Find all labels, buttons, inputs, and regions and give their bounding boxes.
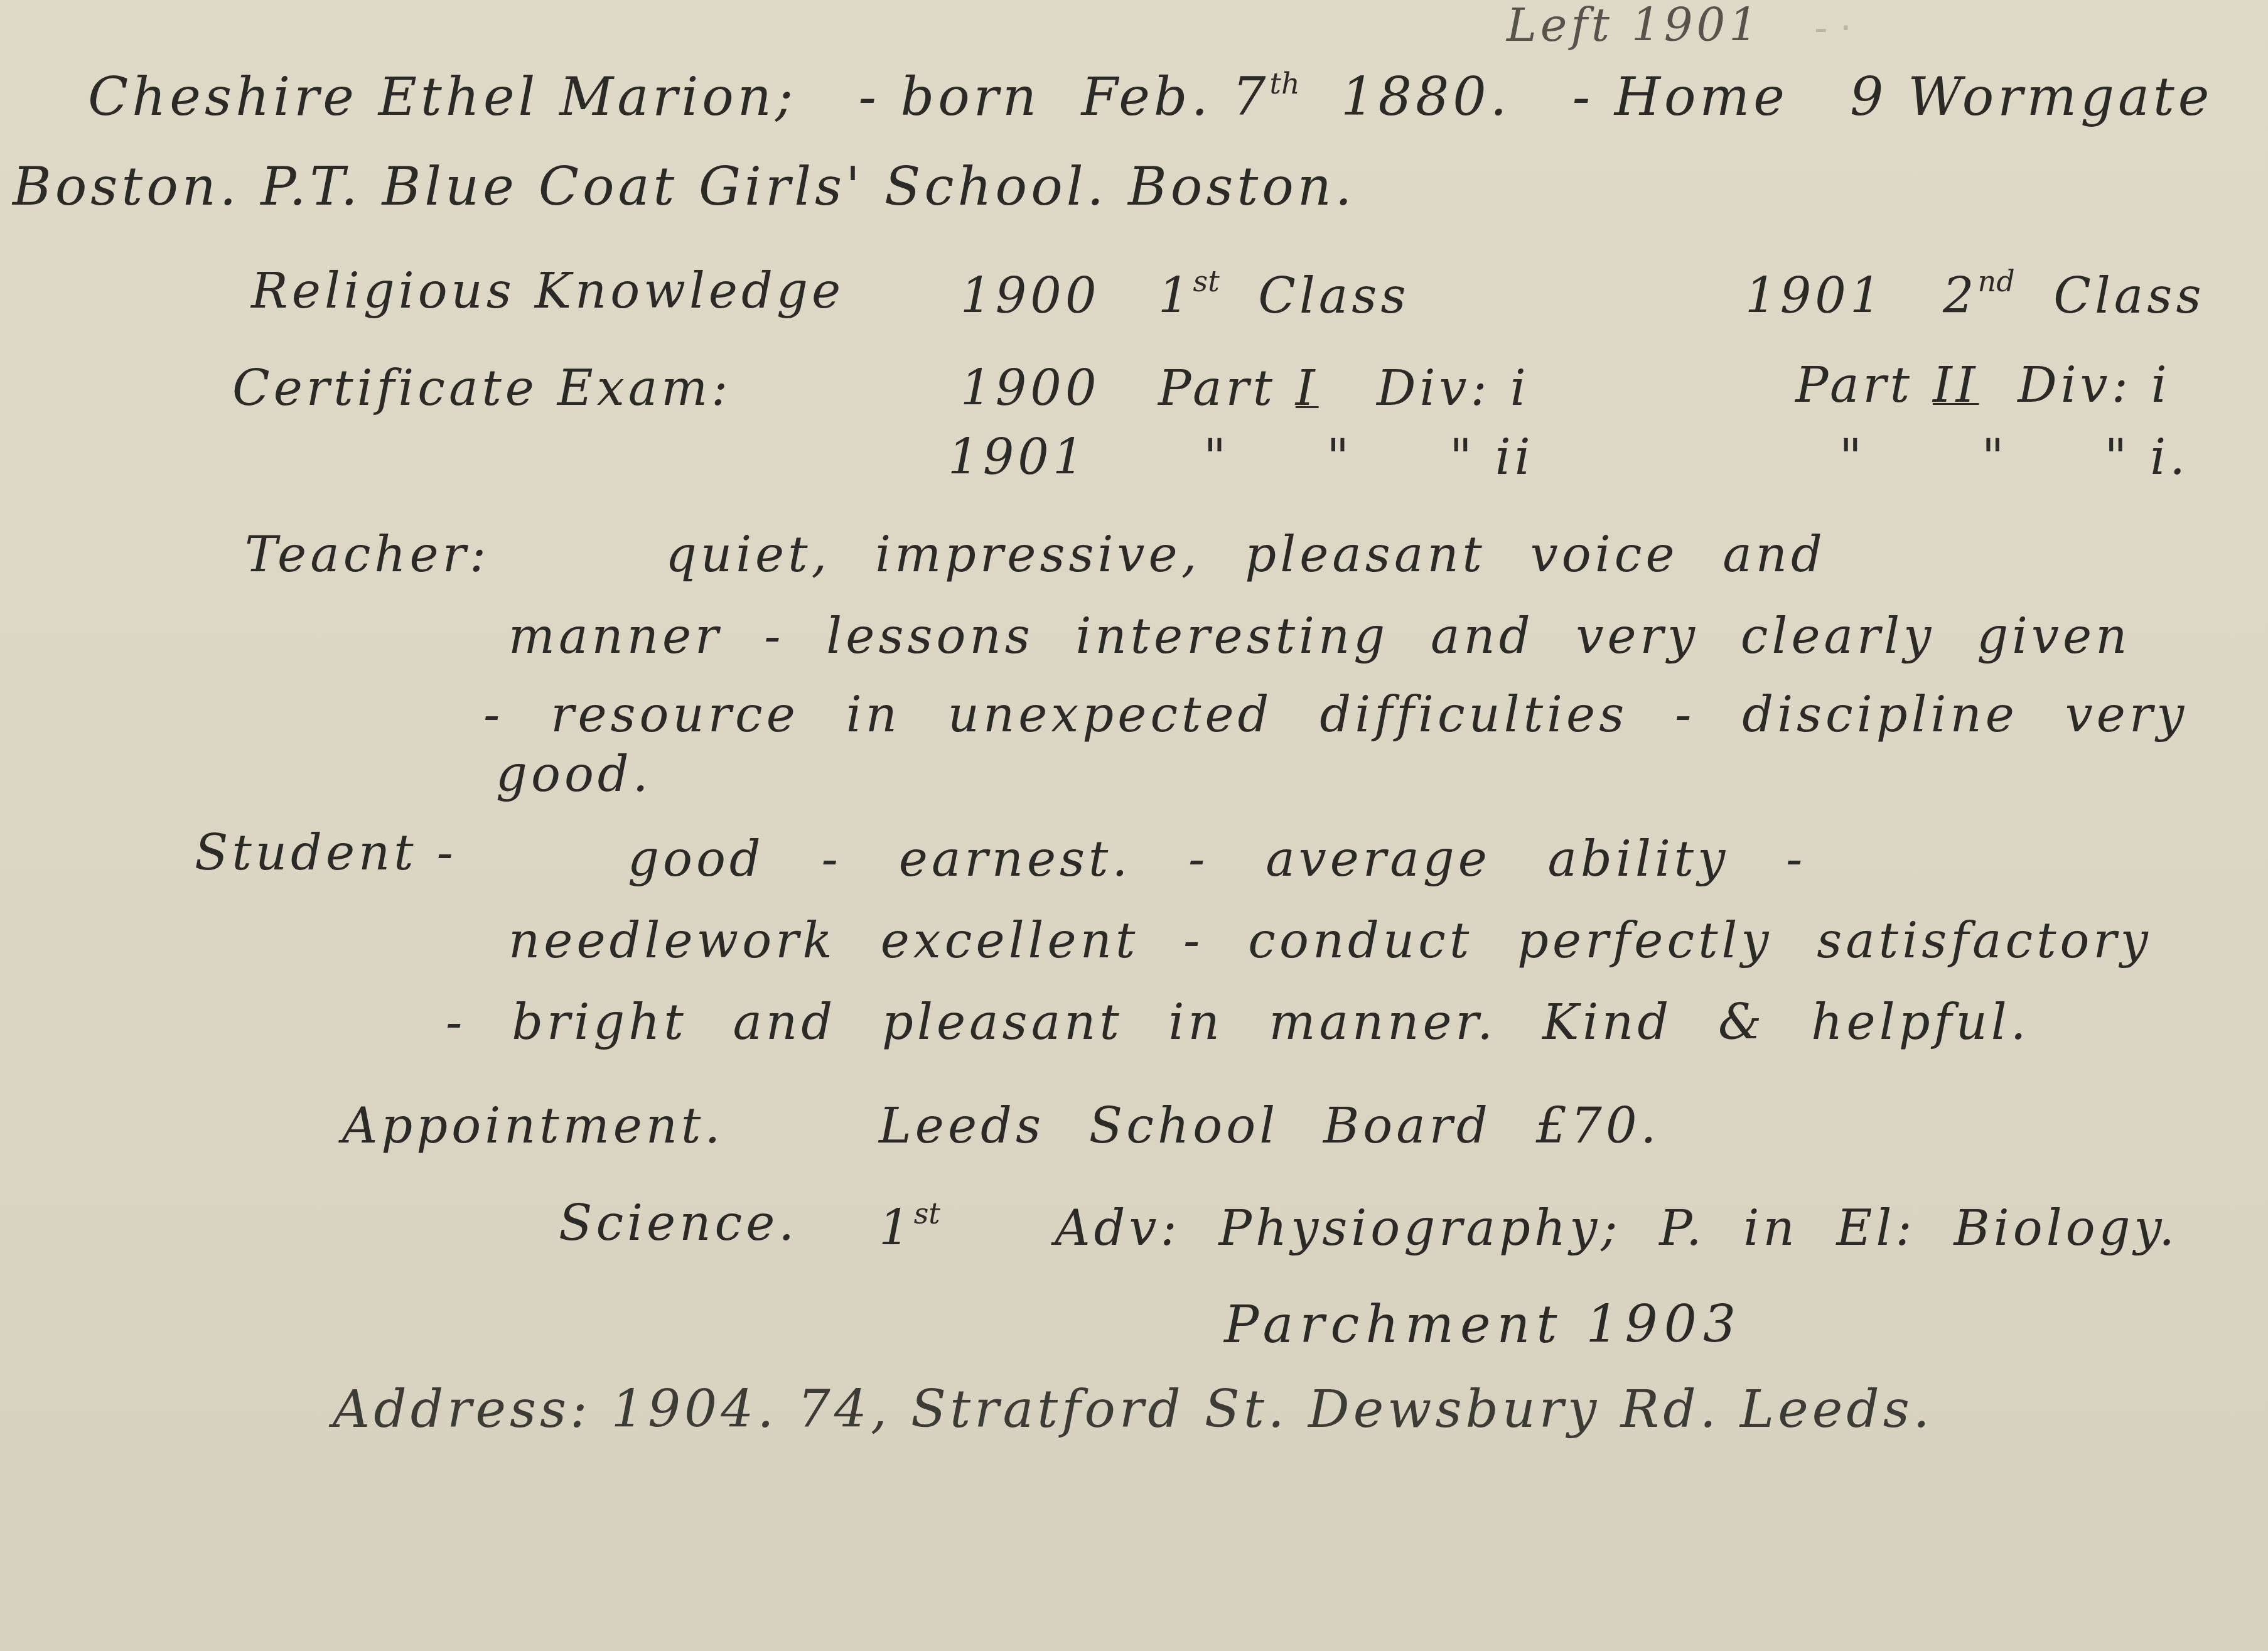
cert-part-num: II [1933, 357, 1979, 414]
science-value: 1st Adv: Physiography; P. in El: Biology… [879, 1199, 2178, 1253]
rk-grade-sup: st [1193, 264, 1220, 298]
student-name: Cheshire Ethel Marion; [88, 66, 797, 127]
rk-year: 1901 [1745, 268, 1885, 325]
religious-knowledge-label: Religious Knowledge [251, 267, 844, 316]
left-note: Left 1901 [1507, 3, 1761, 48]
cert-part: Part [1795, 357, 1913, 414]
header-line-2: Boston. P.T. Blue Coat Girls' School. Bo… [13, 160, 1356, 213]
rk-class: Class [1258, 268, 1409, 325]
student-line-2: needlework excellent - conduct perfectly… [508, 917, 2152, 965]
teacher-line-2: manner - lessons interesting and very cl… [508, 612, 2131, 661]
cert-year: 1900 [960, 360, 1100, 417]
cert-part-num: I [1296, 360, 1319, 417]
science-label: Science. [559, 1199, 798, 1248]
record-card-page: Left 1901 - · Cheshire Ethel Marion; - b… [0, 0, 2268, 1651]
cert-row-1900-part2: Part II Div: i [1795, 361, 2171, 410]
cert-row-1901: 1901 " " " ii [948, 433, 1534, 482]
home-address: 9 Wormgate [1850, 66, 2213, 127]
rk-grade-sup: nd [1978, 264, 2015, 298]
parchment-note: Parchment 1903 [1224, 1299, 1742, 1351]
science-grade: 1 [879, 1200, 914, 1257]
cert-div: " i. [2105, 429, 2189, 486]
cert-ditto: " [1982, 429, 2008, 486]
religious-knowledge-1900: 1900 1st Class [960, 267, 1409, 321]
cert-div: Div: i [2018, 357, 2171, 414]
rk-class: Class [2053, 268, 2205, 325]
cert-row-1900: 1900 Part I Div: i [960, 364, 1530, 413]
born-label: - born [858, 66, 1040, 127]
science-grade-sup: st [914, 1197, 940, 1230]
teacher-line-1: quiet, impressive, pleasant voice and [665, 530, 1826, 579]
appointment-value: Leeds School Board £70. [879, 1102, 1660, 1151]
cert-ditto: " [1839, 429, 1866, 486]
student-line-3: - bright and pleasant in manner. Kind & … [446, 998, 2029, 1047]
born-date: Feb. 7 [1081, 66, 1269, 127]
pencil-mark: - · [1814, 6, 1852, 50]
student-line-1: good - earnest. - average ability - [628, 835, 1806, 884]
cert-year: 1901 [948, 429, 1088, 486]
home-label: - Home [1572, 66, 1788, 127]
teacher-line-3: - resource in unexpected difficulties - … [483, 691, 2188, 739]
religious-knowledge-1901: 1901 2nd Class [1745, 267, 2205, 321]
cert-part: Part [1158, 360, 1276, 417]
student-label: Student - [195, 829, 457, 878]
address-note: Address: 1904. 74, Stratford St. Dewsbur… [333, 1384, 1933, 1436]
cert-ditto: " [1203, 429, 1230, 486]
cert-ditto: " [1326, 429, 1353, 486]
cert-div: " ii [1449, 429, 1534, 486]
appointment-label: Appointment. [342, 1102, 724, 1151]
teacher-label: Teacher: [245, 530, 490, 579]
cert-div: Div: i [1377, 360, 1530, 417]
born-year: 1880. [1341, 66, 1510, 127]
rk-year: 1900 [960, 268, 1100, 325]
teacher-line-4: good. [496, 750, 652, 799]
header-line-1: Cheshire Ethel Marion; - born Feb. 7th 1… [88, 69, 2213, 123]
born-date-suffix: th [1270, 67, 1300, 100]
science-subjects: Adv: Physiography; P. in El: Biology. [1055, 1200, 2178, 1257]
rk-grade: 2 [1943, 268, 1978, 325]
rk-grade: 1 [1158, 268, 1193, 325]
cert-row-1901-part2: " " " i. [1839, 433, 2189, 482]
certificate-exam-label: Certificate Exam: [232, 364, 731, 413]
